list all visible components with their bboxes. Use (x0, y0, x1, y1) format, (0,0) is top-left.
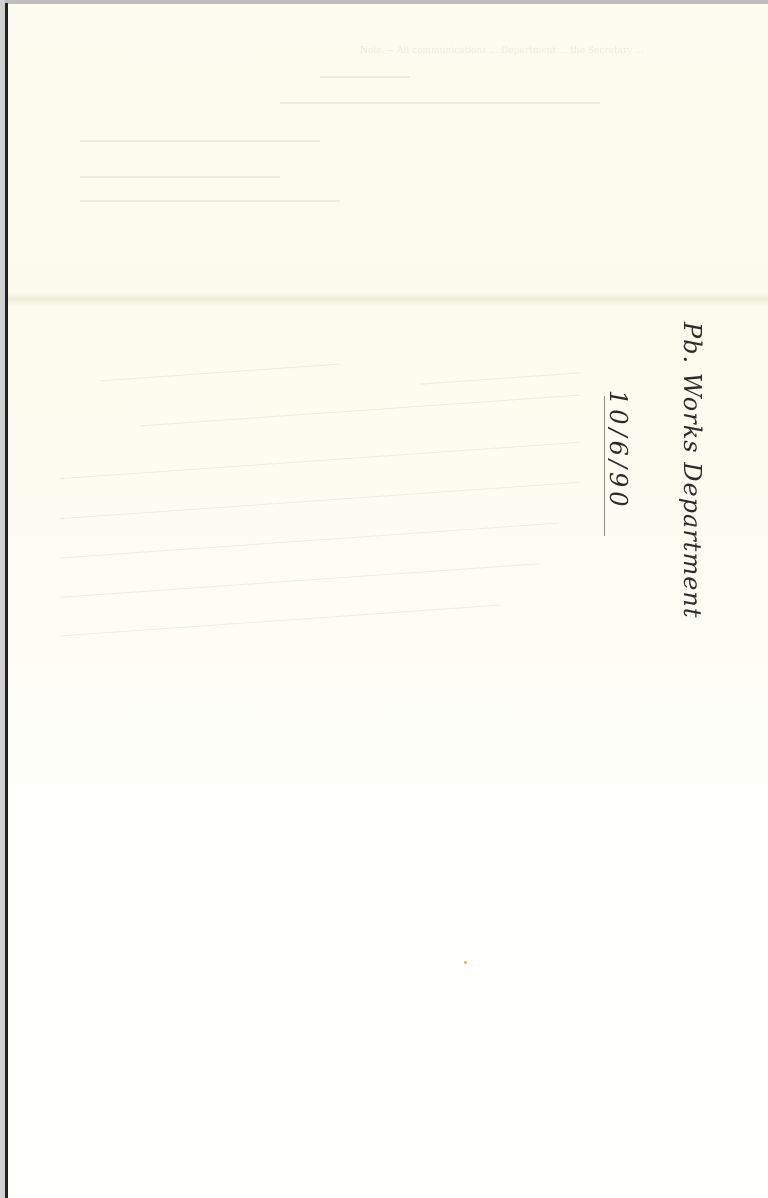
bleed-through-rule (280, 102, 600, 104)
bleed-through-rule (80, 140, 320, 142)
bleed-through-header: Note.— All communications ... Department… (360, 46, 644, 56)
bleed-through-rule (320, 76, 410, 78)
docket: Pb. Works Department 10/6/90 (600, 320, 768, 620)
docket-date: 10/6/90 (604, 390, 632, 550)
bleed-through-rule (80, 200, 340, 202)
bleed-through-rule (80, 176, 280, 178)
paper-spot (464, 961, 467, 964)
fold-crease (8, 292, 768, 306)
docket-title: Pb. Works Department (678, 322, 706, 622)
